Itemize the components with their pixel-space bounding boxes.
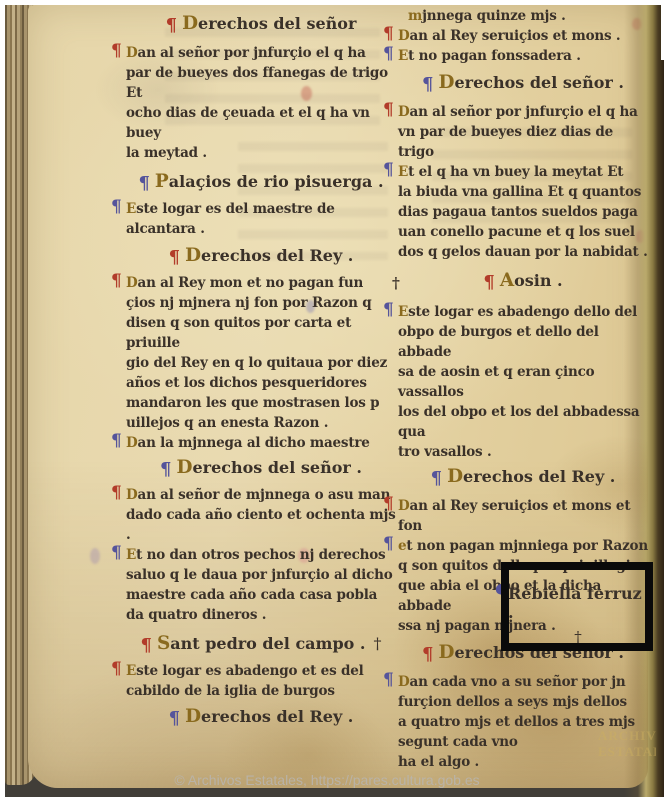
paragraph-mark-icon: ¶: [111, 543, 122, 563]
paragraph-mark-icon: ¶: [160, 459, 171, 481]
paragraph-mark-icon: ¶: [138, 173, 149, 195]
manuscript-paragraph: ¶ Et no dan otros pechos nj derechos sal…: [126, 545, 396, 625]
paragraph-text: Et no pagan fonssadera .: [398, 46, 648, 66]
paragraph-mark-icon: ¶: [383, 44, 394, 64]
paragraph-text: Este logar es abadengo dello del obpo de…: [398, 302, 648, 462]
rubric-heading: ¶Derechos del señor .: [126, 457, 396, 481]
place-heading: ¶Palaçios de rio pisuerga .: [126, 171, 396, 195]
paragraph-mark-icon: ¶: [383, 300, 394, 320]
paragraph-text: Dan al Rey seruiçios et mons et fon: [398, 496, 648, 536]
paragraph-text: Este logar es abadengo et es del cabildo…: [126, 661, 396, 701]
manuscript-paragraph: ¶ Dan al señor de mjnnega o asu man dado…: [126, 485, 396, 545]
paragraph-mark-icon: ¶: [111, 483, 122, 503]
paragraph-mark-icon: ¶: [111, 271, 122, 291]
paragraph-text: Dan al señor por jnfurçio el q ha par de…: [126, 43, 396, 163]
paragraph-mark-icon: ¶: [483, 272, 494, 294]
paragraph-mark-icon: ¶: [383, 100, 394, 120]
manuscript-paragraph: ¶ Este logar es abadengo et es del cabil…: [126, 661, 396, 701]
edge-watermark: ARCHIVOS ESTATALES: [598, 728, 656, 760]
paragraph-mark-icon: ¶: [383, 24, 394, 44]
rubric-heading: ¶Derechos del señor: [126, 13, 396, 37]
manuscript-paragraph: ¶ Dan al Rey seruiçios et mons et fon: [398, 496, 648, 536]
scan-frame-left: [0, 0, 5, 797]
rubric-text: Derechos del señor: [182, 13, 356, 35]
rubric-text: Sant pedro del campo .: [157, 633, 366, 655]
paragraph-text: Dan al Rey mon et no pagan fun çios nj m…: [126, 273, 396, 433]
scan-frame-top: [0, 0, 664, 5]
rubric-text: Derechos del señor .: [439, 72, 624, 94]
paragraph-mark-icon: ¶: [383, 494, 394, 514]
paragraph-mark-icon: ¶: [111, 659, 122, 679]
paragraph-mark-icon: ¶: [422, 74, 433, 96]
paragraph-mark-icon: ¶: [111, 197, 122, 217]
paragraph-text: Dan al señor por jnfurçio el q ha vn par…: [398, 102, 648, 162]
paragraph-text: Et no dan otros pechos nj derechos saluo…: [126, 545, 396, 625]
rubric-text: Derechos del Rey .: [447, 466, 615, 488]
cross-mark-icon: †: [373, 634, 381, 653]
right-text-column: mjnnega quinze mjs . ¶ Dan al Rey seruiç…: [398, 6, 648, 772]
paragraph-mark-icon: ¶: [422, 644, 433, 666]
paragraph-text: Dan al Rey seruiçios et mons .: [398, 26, 648, 46]
manuscript-paragraph: ¶ Dan al señor por jnfurçio el q ha vn p…: [398, 102, 648, 162]
highlight-box: [501, 562, 653, 651]
rubric-text: Palaçios de rio pisuerga .: [155, 171, 384, 193]
paragraph-mark-icon: ¶: [141, 635, 152, 657]
paragraph-text: mjnnega quinze mjs .: [408, 6, 648, 26]
rubric-heading: ¶Derechos del señor .: [398, 72, 648, 96]
rubric-text: Aosin .: [500, 270, 563, 292]
rubric-text: Derechos del Rey .: [185, 245, 353, 267]
paragraph-mark-icon: ¶: [383, 534, 394, 554]
paragraph-text: Et el q ha vn buey la meytat Et la biuda…: [398, 162, 648, 262]
manuscript-scan: ¶Derechos del señor ¶ Dan al señor por j…: [0, 0, 664, 797]
manuscript-paragraph: ¶ Et el q ha vn buey la meytat Et la biu…: [398, 162, 648, 262]
manuscript-paragraph: ¶ Este logar es abadengo dello del obpo …: [398, 302, 648, 462]
rubric-heading: ¶Derechos del Rey .: [126, 245, 396, 269]
paragraph-mark-icon: ¶: [111, 41, 122, 61]
paragraph-mark-icon: ¶: [169, 247, 180, 269]
paragraph-mark-icon: ¶: [383, 160, 394, 180]
paragraph-text: Dan al señor de mjnnega o asu man dado c…: [126, 485, 396, 545]
manuscript-paragraph: ¶ Este logar es del maestre de alcantara…: [126, 199, 396, 239]
place-heading: ¶Sant pedro del campo .†: [126, 633, 396, 657]
rubric-heading: ¶Derechos del Rey .: [126, 706, 396, 730]
paragraph-mark-icon: ¶: [166, 15, 177, 37]
place-heading: †¶Aosin .: [398, 270, 648, 294]
paragraph-mark-icon: ¶: [431, 468, 442, 490]
watermark-credit: © Archivos Estatales, https://pares.cult…: [0, 772, 654, 788]
paragraph-mark-icon: ¶: [111, 431, 122, 451]
paragraph-mark-icon: ¶: [383, 670, 394, 690]
rubric-text: Derechos del Rey .: [185, 706, 353, 728]
left-text-column: ¶Derechos del señor ¶ Dan al señor por j…: [126, 8, 396, 733]
bleedthrough-mark: [90, 548, 100, 564]
manuscript-paragraph: ¶ Dan la mjnnega al dicho maestre: [126, 433, 396, 453]
rubric-heading: ¶Derechos del Rey .: [398, 466, 648, 490]
cross-mark-icon: †: [392, 272, 400, 294]
manuscript-paragraph: ¶ Dan al señor por jnfurçio el q ha par …: [126, 43, 396, 163]
paragraph-text: Dan la mjnnega al dicho maestre: [126, 433, 396, 453]
rubric-text: Derechos del señor .: [177, 457, 362, 479]
manuscript-paragraph: ¶ Dan al Rey mon et no pagan fun çios nj…: [126, 273, 396, 433]
paragraph-mark-icon: ¶: [169, 708, 180, 730]
manuscript-paragraph: ¶ Dan al Rey seruiçios et mons .: [398, 26, 648, 46]
manuscript-paragraph: mjnnega quinze mjs .: [398, 6, 648, 26]
manuscript-paragraph: ¶ Et no pagan fonssadera .: [398, 46, 648, 66]
paragraph-text: Este logar es del maestre de alcantara .: [126, 199, 396, 239]
